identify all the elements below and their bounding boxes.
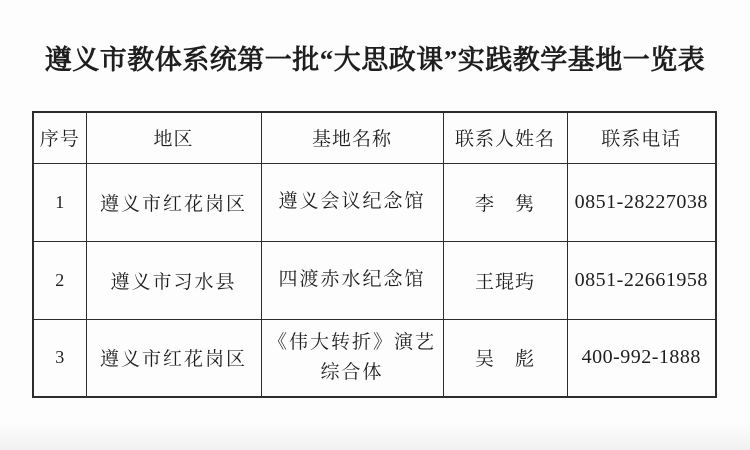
cell-phone: 0851-22661958	[567, 241, 716, 319]
column-header-serial: 序号	[33, 112, 86, 163]
cell-serial: 2	[33, 241, 86, 319]
table-row: 1 遵义市红花岗区 遵义会议纪念馆 李 隽 0851-28227038	[33, 163, 716, 241]
table-row: 2 遵义市习水县 四渡赤水纪念馆 王琨玙 0851-22661958	[33, 241, 716, 319]
cell-phone: 0851-28227038	[567, 163, 716, 241]
cell-serial: 1	[33, 163, 86, 241]
cell-region: 遵义市红花岗区	[86, 163, 261, 241]
cell-base-name: 《伟大转折》演艺 综合体	[261, 319, 443, 397]
column-header-region: 地区	[86, 112, 261, 163]
column-header-phone: 联系电话	[567, 112, 716, 163]
cell-contact-name: 吴 彪	[443, 319, 567, 397]
cell-phone: 400-992-1888	[567, 319, 716, 397]
cell-base-name: 四渡赤水纪念馆	[261, 241, 443, 319]
cell-contact-name: 王琨玙	[443, 241, 567, 319]
header-row: 序号 地区 基地名称 联系人姓名 联系电话	[33, 112, 716, 163]
column-header-base-name: 基地名称	[261, 112, 443, 163]
document-title: 遵义市教体系统第一批“大思政课”实践教学基地一览表	[0, 38, 750, 77]
table-row: 3 遵义市红花岗区 《伟大转折》演艺 综合体 吴 彪 400-992-1888	[33, 319, 716, 397]
cell-region: 遵义市红花岗区	[86, 319, 261, 397]
cell-base-name: 遵义会议纪念馆	[261, 163, 443, 241]
cell-contact-name: 李 隽	[443, 163, 567, 241]
document-page: 遵义市教体系统第一批“大思政课”实践教学基地一览表 序号 地区 基地名称 联系人…	[0, 0, 750, 450]
cell-region: 遵义市习水县	[86, 241, 261, 319]
column-header-contact-name: 联系人姓名	[443, 112, 567, 163]
cell-serial: 3	[33, 319, 86, 397]
base-list-table: 序号 地区 基地名称 联系人姓名 联系电话 1 遵义市红花岗区 遵义会议纪念馆 …	[32, 111, 717, 398]
